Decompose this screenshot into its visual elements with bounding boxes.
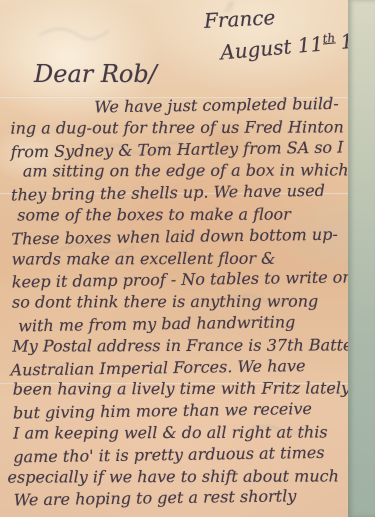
letter-line: We are hoping to get a rest shortly xyxy=(14,485,347,512)
letter-line: so dont think there is anything wrong xyxy=(12,291,345,314)
salutation: Dear Rob/ xyxy=(34,60,157,88)
letter-body: We have just completed build- ing a dug-… xyxy=(10,94,347,511)
letter-photo: France August 11th1917 Dear Rob/ We have… xyxy=(0,0,375,517)
letter-line: with me from my bad handwriting xyxy=(18,311,345,338)
letter-line: ing a dug-out for three of us Fred Hinto… xyxy=(10,116,343,139)
letter-line: These boxes when laid down bottom up- xyxy=(11,223,344,250)
letter-line: I am keeping well & do all right at this xyxy=(13,421,346,444)
letter-line: they bring the shells up. We have used xyxy=(11,180,344,207)
scan-edge-strip xyxy=(348,0,375,517)
place-line: France xyxy=(203,5,275,33)
letter-line: game tho' it is pretty arduous at times xyxy=(13,441,346,468)
letter-line: My Postal address in France is 37th Batt… xyxy=(12,334,345,357)
letter-line: but giving him more than we receive xyxy=(13,398,346,425)
letter-line: some of the boxes to make a floor xyxy=(17,203,344,226)
letter-line: We have just completed build- xyxy=(94,93,343,118)
date-ordinal-suffix: th xyxy=(322,31,336,46)
